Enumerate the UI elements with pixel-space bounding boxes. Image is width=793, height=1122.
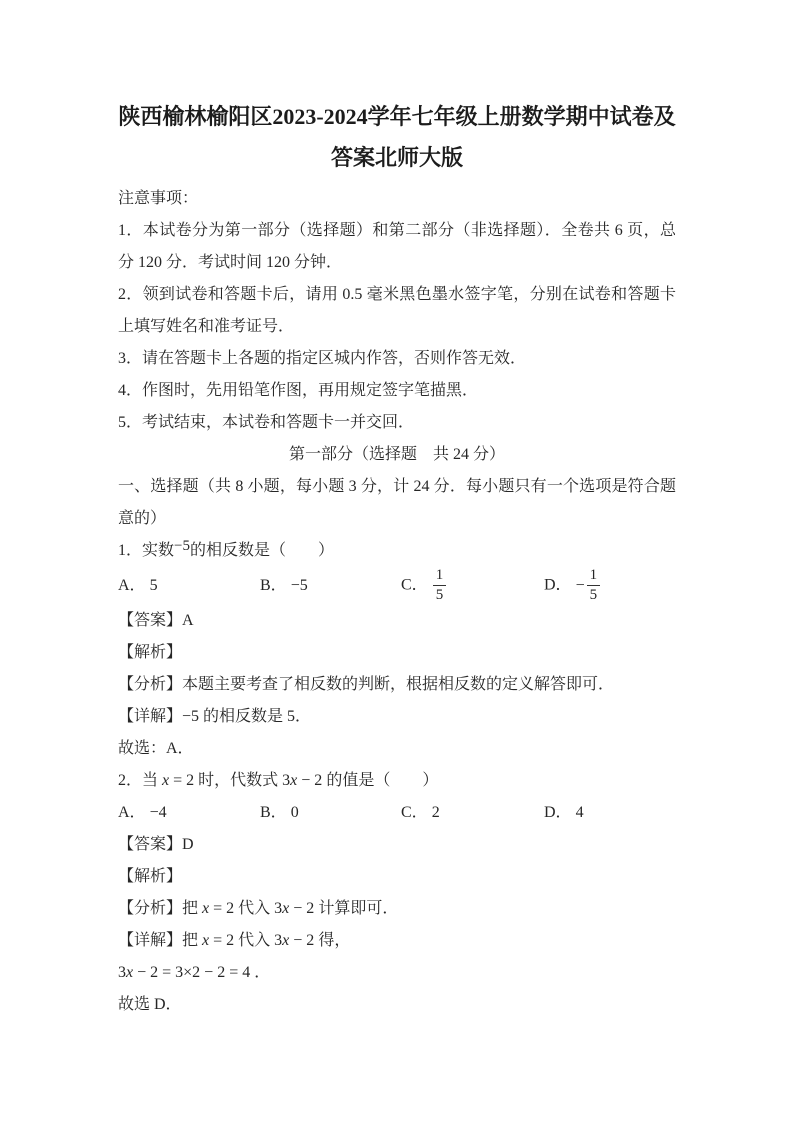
question-2-analysis-heading: 【解析】 xyxy=(118,861,676,893)
page-title-line1: 陕西榆林榆阳区2023-2024学年七年级上册数学期中试卷及 xyxy=(118,104,675,129)
question-2-conclusion: 故选 D． xyxy=(118,989,676,1021)
question-1-stem-text: 的相反数是（ ） xyxy=(190,542,334,559)
section-instruction: 一、选择题（共 8 小题，每小题 3 分，计 24 分．每小题只有一个选项是符合… xyxy=(118,471,676,535)
question-2-detail: 【详解】把 x = 2 代入 3x − 2 得， xyxy=(118,925,676,957)
question-1-detail: 【详解】−5 的相反数是 5． xyxy=(118,701,676,733)
question-2-stem: 2．当 x = 2 时，代数式 3x − 2 的值是（ ） xyxy=(118,765,676,797)
page-title: 陕西榆林榆阳区2023-2024学年七年级上册数学期中试卷及答案北师大版 xyxy=(118,96,676,178)
question-2-answer: 【答案】D xyxy=(118,829,676,861)
question-2-option-d: D． 4 xyxy=(544,797,676,829)
question-2-options: A． −4 B． 0 C． 2 D． 4 xyxy=(118,797,676,829)
question-1-answer: 【答案】A xyxy=(118,605,676,637)
page-title-line2: 答案北师大版 xyxy=(331,145,463,170)
question-1-option-d: D． −15 xyxy=(544,567,676,605)
notice-heading: 注意事项： xyxy=(118,183,676,215)
question-1-options: A． 5 B． −5 C． 15 D． −15 xyxy=(118,567,676,605)
question-1-stem: 1．实数−5的相反数是（ ） xyxy=(118,535,676,567)
question-2-option-a: A． −4 xyxy=(118,797,260,829)
question-1-option-c: C． 15 xyxy=(401,567,544,605)
question-1-analysis: 【分析】本题主要考查了相反数的判断，根据相反数的定义解答即可． xyxy=(118,669,676,701)
question-2-number: 2．当 xyxy=(118,772,158,789)
notice-item-2: 2．领到试卷和答题卡后，请用 0.5 毫米黑色墨水签字笔，分别在试卷和答题卡上填… xyxy=(118,279,676,343)
fraction: 15 xyxy=(587,567,601,605)
question-1-math: −5 xyxy=(174,538,190,554)
fraction: 15 xyxy=(433,567,447,605)
notice-item-1: 1．本试卷分为第一部分（选择题）和第二部分（非选择题）．全卷共 6 页，总分 1… xyxy=(118,215,676,279)
question-1-number: 1．实数 xyxy=(118,542,174,559)
exam-document-page: 陕西榆林榆阳区2023-2024学年七年级上册数学期中试卷及答案北师大版 注意事… xyxy=(0,0,793,1122)
section-header: 第一部分（选择题 共 24 分） xyxy=(118,439,676,471)
question-1-analysis-heading: 【解析】 xyxy=(118,637,676,669)
question-2-equation: 3x − 2 = 3×2 − 2 = 4 ． xyxy=(118,957,676,989)
question-2-option-c: C． 2 xyxy=(401,797,544,829)
notice-item-3: 3．请在答题卡上各题的指定区城内作答，否则作答无效． xyxy=(118,343,676,375)
notice-item-4: 4．作图时，先用铅笔作图，再用规定签字笔描黑． xyxy=(118,375,676,407)
question-1-option-b: B． −5 xyxy=(260,570,401,602)
question-2-analysis: 【分析】把 x = 2 代入 3x − 2 计算即可． xyxy=(118,893,676,925)
question-1-option-a: A． 5 xyxy=(118,570,260,602)
question-1-conclusion: 故选：A． xyxy=(118,733,676,765)
notice-item-5: 5．考试结束，本试卷和答题卡一并交回． xyxy=(118,407,676,439)
question-2-option-b: B． 0 xyxy=(260,797,401,829)
